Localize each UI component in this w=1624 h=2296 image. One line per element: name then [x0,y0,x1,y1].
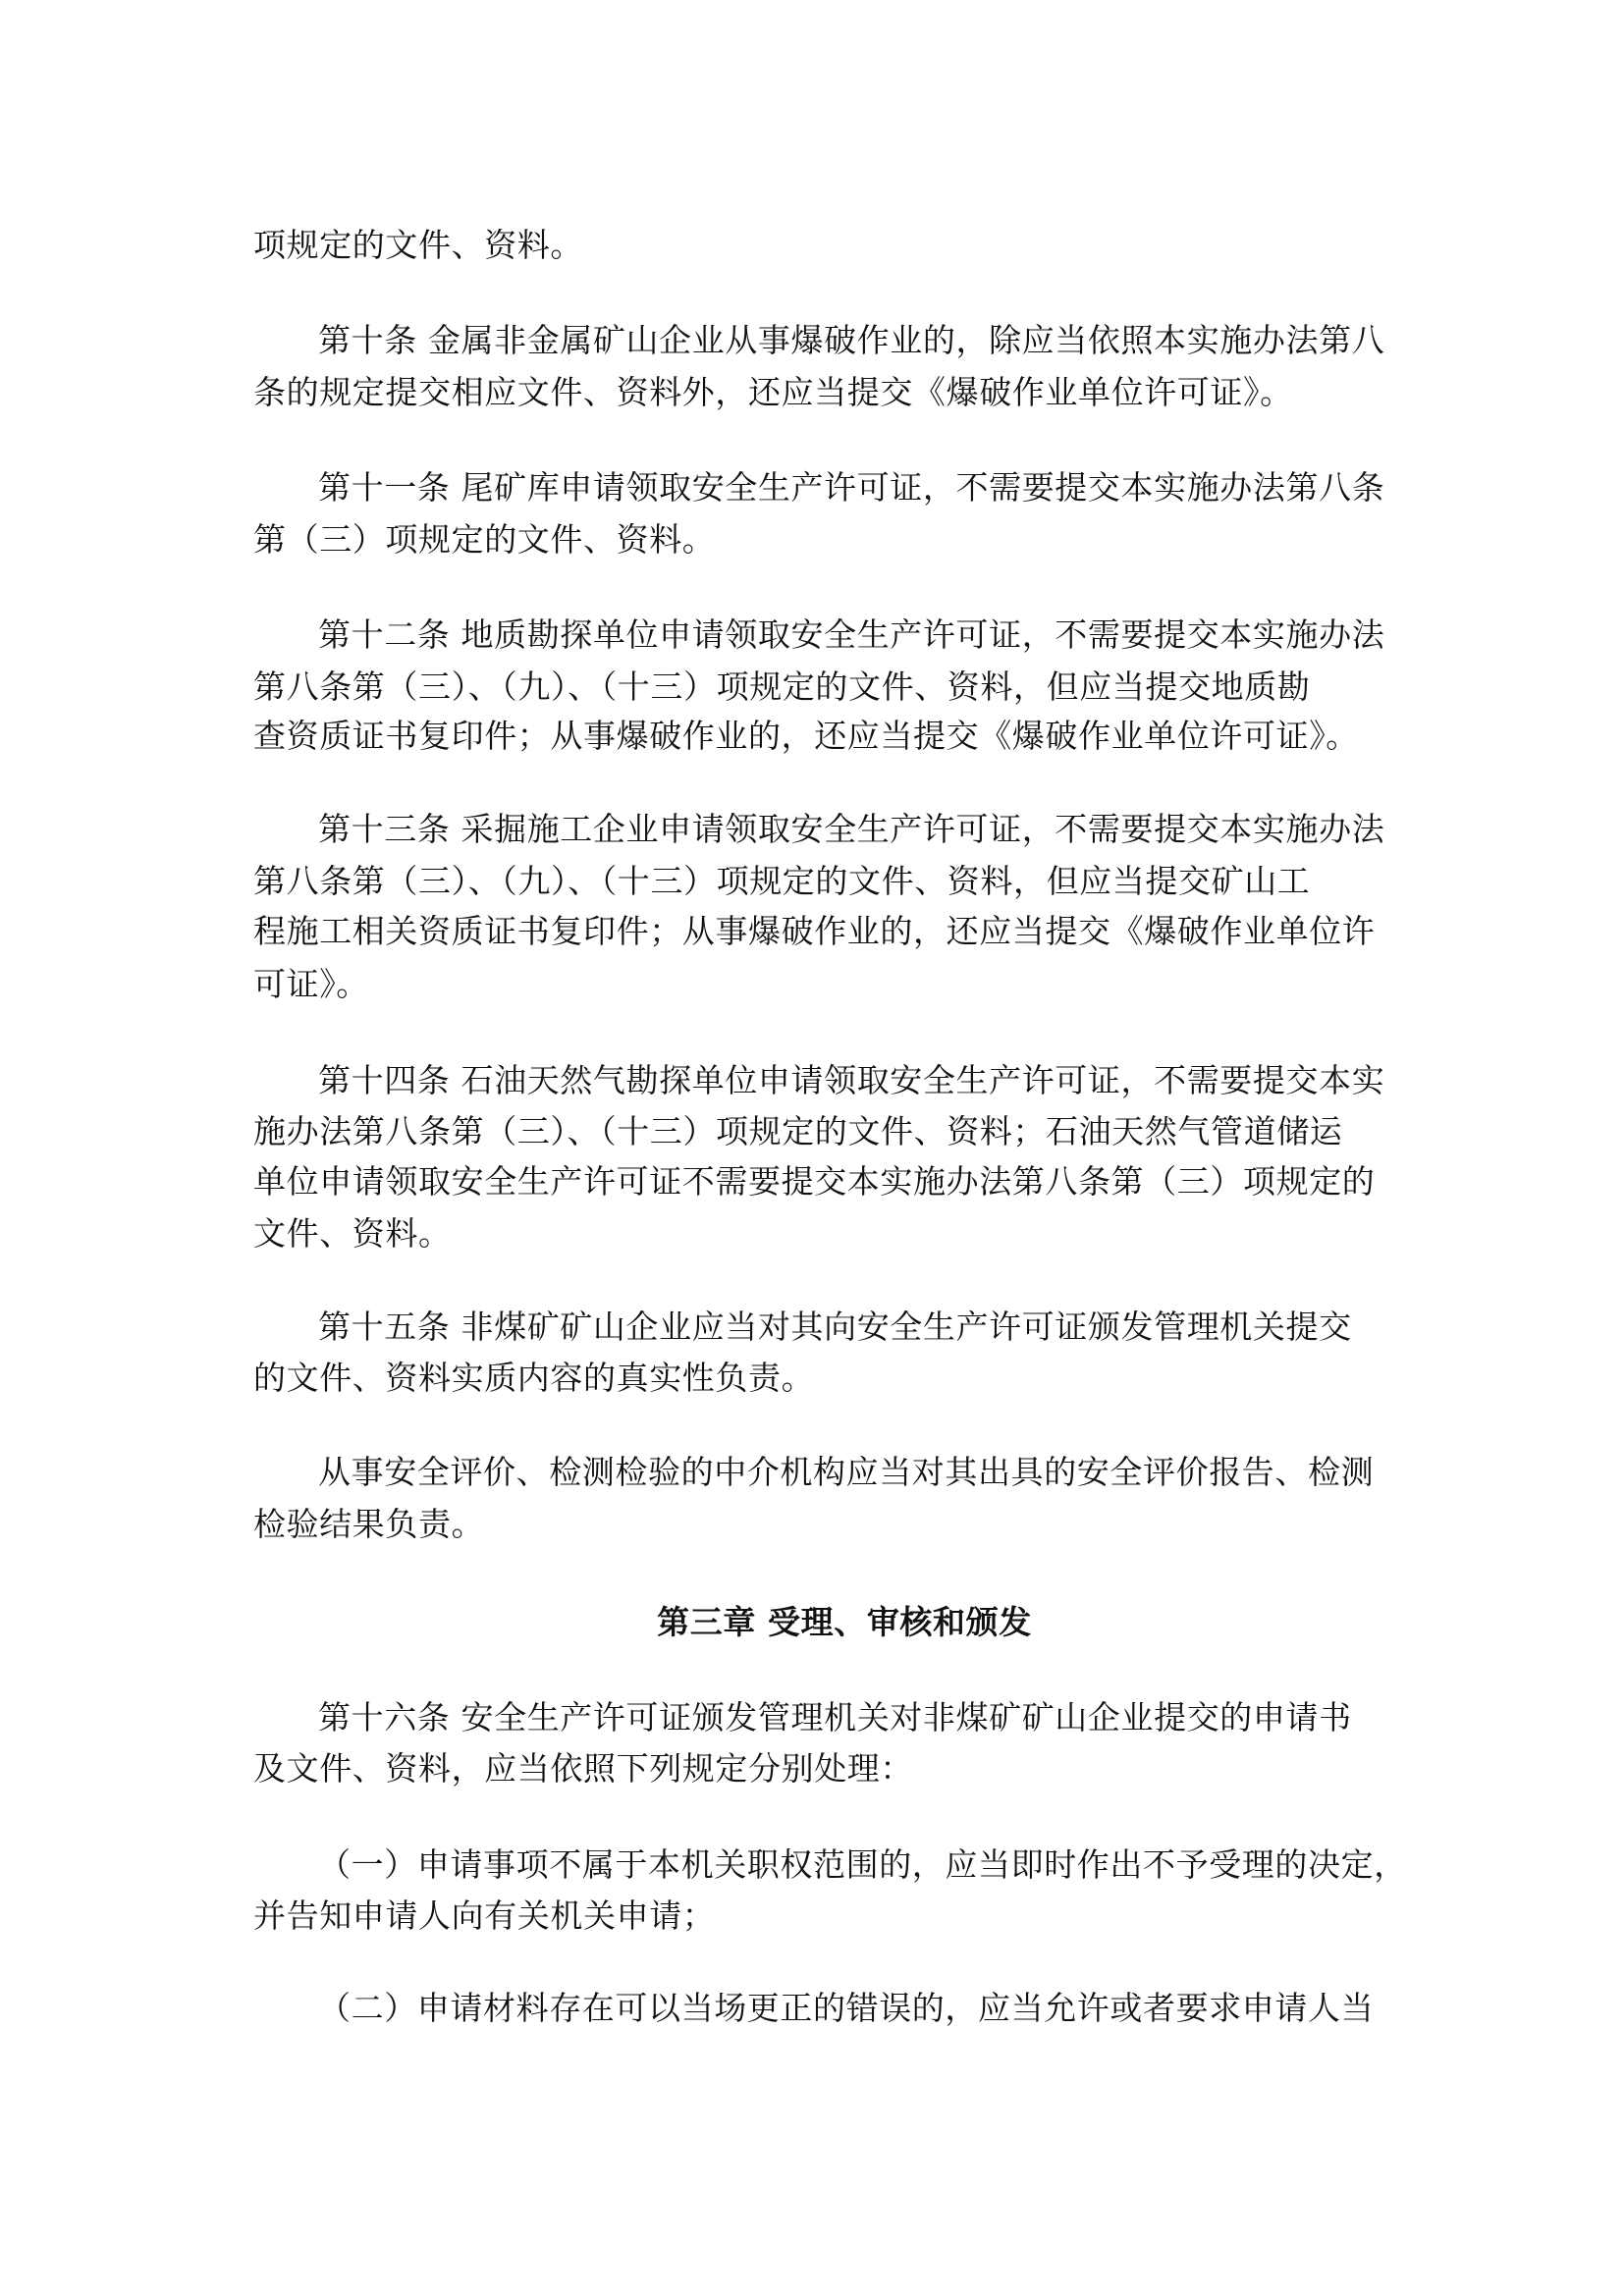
article-15-para-2-line-2: 检验结果负责。 [253,1505,484,1544]
article-12-line-2: 第八条第（三）、（九）、（十三）项规定的文件、资料，但应当提交地质勘 [253,667,1310,707]
article-13-line-1: 第十三条 采掘施工企业申请领取安全生产许可证，不需要提交本实施办法 [318,810,1384,849]
article-13-line-2: 第八条第（三）、（九）、（十三）项规定的文件、资料，但应当提交矿山工 [253,862,1310,901]
article-13-line-3: 程施工相关资质证书复印件；从事爆破作业的，还应当提交《爆破作业单位许 [253,912,1375,951]
document-page: 项规定的文件、资料。 第十条 金属非金属矿山企业从事爆破作业的，除应当依照本实施… [0,0,1624,2296]
article-15-line-2: 的文件、资料实质内容的真实性负责。 [253,1359,814,1398]
article-16-item-1-line-2: 并告知申请人向有关机关申请； [253,1896,715,1936]
article-13-line-4: 可证》。 [253,965,369,1004]
article-11-line-2: 第（三）项规定的文件、资料。 [253,520,715,560]
article-12-line-1: 第十二条 地质勘探单位申请领取安全生产许可证，不需要提交本实施办法 [318,615,1384,655]
article-16-item-2-line-1: （二）申请材料存在可以当场更正的错误的，应当允许或者要求申请人当 [318,1989,1374,2028]
article-14-line-2: 施办法第八条第（三）、（十三）项规定的文件、资料；石油天然气管道储运 [253,1112,1342,1151]
article-14-line-3: 单位申请领取安全生产许可证不需要提交本实施办法第八条第（三）项规定的 [253,1162,1375,1201]
article-16-item-1-line-1: （一）申请事项不属于本机关职权范围的，应当即时作出不予受理的决定， [318,1845,1407,1885]
article-15-line-1: 第十五条 非煤矿矿山企业应当对其向安全生产许可证颁发管理机关提交 [318,1308,1352,1347]
article-14-line-4: 文件、资料。 [253,1214,452,1254]
article-11-line-1: 第十一条 尾矿库申请领取安全生产许可证，不需要提交本实施办法第八条 [318,468,1384,507]
article-10-line-2: 条的规定提交相应文件、资料外，还应当提交《爆破作业单位许可证》。 [253,373,1293,412]
article-15-para-2-line-1: 从事安全评价、检测检验的中介机构应当对其出具的安全评价报告、检测 [318,1453,1374,1492]
paragraph-continuation-line: 项规定的文件、资料。 [253,226,583,265]
article-16-line-1: 第十六条 安全生产许可证颁发管理机关对非煤矿矿山企业提交的申请书 [318,1698,1352,1737]
article-10-line-1: 第十条 金属非金属矿山企业从事爆破作业的，除应当依照本实施办法第八 [318,321,1384,360]
article-12-line-3: 查资质证书复印件；从事爆破作业的，还应当提交《爆破作业单位许可证》。 [253,717,1359,756]
article-14-line-1: 第十四条 石油天然气勘探单位申请领取安全生产许可证，不需要提交本实 [318,1061,1384,1100]
chapter-heading: 第三章 受理、审核和颁发 [0,1603,1624,1642]
article-16-line-2: 及文件、资料，应当依照下列规定分别处理： [253,1749,913,1789]
